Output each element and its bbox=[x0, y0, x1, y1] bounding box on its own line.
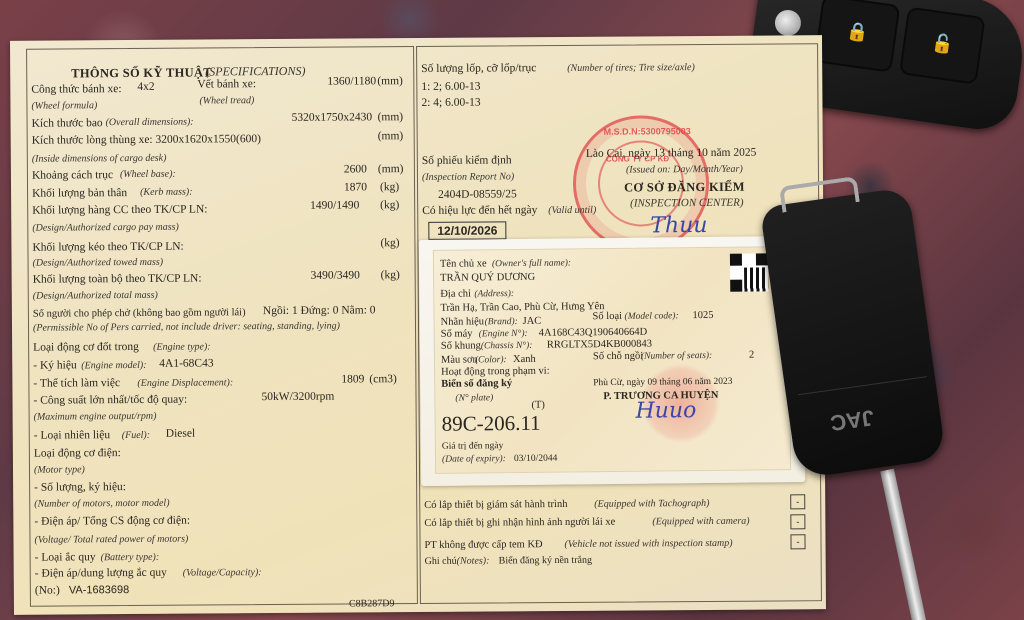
notes-label: Ghi chú bbox=[425, 555, 457, 568]
engine-type-en: (Engine type): bbox=[153, 340, 211, 353]
tachograph-label: Có lắp thiết bị giám sát hành trình bbox=[424, 498, 567, 512]
valid-label: Có hiệu lực đến hết ngày bbox=[422, 204, 537, 218]
color-en: (Color): bbox=[475, 354, 507, 366]
card-signature: Huuo bbox=[635, 398, 696, 424]
serial-code: C8B287D9 bbox=[349, 597, 395, 610]
plate-en: (N° plate) bbox=[455, 392, 493, 404]
valid-en: (Valid until) bbox=[548, 204, 596, 217]
displacement-value: 1809 bbox=[341, 373, 364, 386]
tachograph-checkbox: - bbox=[790, 494, 805, 509]
qr-code bbox=[730, 253, 768, 291]
tires-en: (Number of tires; Tire size/axle) bbox=[567, 61, 695, 75]
specifications-panel: THÔNG SỐ KỸ THUẬT (SPECIFICATIONS) Công … bbox=[26, 46, 418, 607]
owner-value: TRẦN QUÝ DƯƠNG bbox=[440, 272, 535, 285]
unit: (mm) bbox=[378, 163, 404, 176]
model-en: (Model code): bbox=[624, 310, 678, 323]
camera-label: Có lắp thiết bị ghi nhận hình ảnh người … bbox=[424, 516, 615, 530]
center-en: (INSPECTION CENTER) bbox=[630, 197, 743, 211]
wheel-base-en: (Wheel base): bbox=[120, 168, 176, 181]
doc-no-value: VA-1683698 bbox=[69, 584, 129, 597]
seats-value: 2 bbox=[749, 350, 754, 362]
engine-model-value: 4A1-68C43 bbox=[159, 357, 213, 370]
model-label: Số loại bbox=[592, 311, 622, 323]
motor-count-label: - Số lượng, ký hiệu: bbox=[34, 481, 126, 495]
tires-label: Số lượng lốp, cỡ lốp/trục bbox=[421, 62, 536, 76]
seats-en: (Number of seats): bbox=[641, 350, 712, 363]
key-release-button-icon bbox=[773, 8, 802, 37]
notes-value: Biển đăng ký nền trắng bbox=[499, 554, 592, 568]
stamp-issue-en: (Vehicle not issued with inspection stam… bbox=[564, 537, 732, 551]
brand-value: JAC bbox=[523, 316, 542, 328]
motor-type-label: Loại động cơ điện: bbox=[34, 447, 121, 461]
cargo-dim-en: (Inside dimensions of cargo desk) bbox=[32, 152, 167, 166]
overall-dim-label: Kích thước bao bbox=[32, 117, 103, 130]
plate-label: Biển số đăng ký bbox=[441, 378, 512, 391]
unit: (mm) bbox=[378, 111, 404, 124]
towed-mass-en: (Design/Authorized towed mass) bbox=[33, 256, 164, 270]
owner-en: (Owner's full name): bbox=[492, 257, 571, 270]
brand-label: Nhãn hiệu bbox=[441, 316, 485, 328]
displacement-en: (Engine Displacement): bbox=[137, 376, 233, 390]
cargo-mass-value: 1490/1490 bbox=[310, 199, 359, 212]
center-label: CƠ SỞ ĐĂNG KIỂM bbox=[624, 181, 745, 195]
kerb-mass-en: (Kerb mass): bbox=[140, 186, 193, 199]
power-value: 50kW/3200rpm bbox=[261, 391, 334, 405]
expiry-value: 03/10/2044 bbox=[514, 453, 557, 465]
fuel-en: (Fuel): bbox=[122, 429, 150, 442]
tachograph-en: (Equipped with Tachograph) bbox=[594, 497, 709, 511]
cargo-dim-label: Kích thước lòng thùng xe: 3200x1620x1550… bbox=[32, 133, 261, 148]
doc-no-label: (No:) bbox=[35, 585, 60, 598]
chassis-label: Số khung bbox=[441, 340, 481, 352]
chassis-value: RRGLTX5D4KB000843 bbox=[547, 339, 652, 352]
card-issued: Phù Cừ, ngày 09 tháng 06 năm 2023 bbox=[593, 376, 732, 389]
unit: (kg) bbox=[381, 269, 400, 282]
model-value: 1025 bbox=[692, 310, 713, 322]
color-value: Xanh bbox=[513, 354, 536, 366]
expiry-en: (Date of expiry): bbox=[442, 453, 506, 466]
engine-value: 4A168C43Q190640664D bbox=[539, 327, 648, 340]
expiry-label: Giá trị đến ngày bbox=[442, 440, 504, 453]
report-en: (Inspection Report No) bbox=[422, 170, 514, 184]
notes-en: (Notes): bbox=[457, 555, 490, 568]
stamp-issue-checkbox: - bbox=[790, 534, 805, 549]
total-mass-en: (Design/Authorized total mass) bbox=[33, 289, 158, 303]
jac-logo: JAC bbox=[829, 404, 876, 436]
plate-number: 89C-206.11 bbox=[442, 412, 541, 435]
cargo-mass-label: Khối lượng hàng CC theo TK/CP LN: bbox=[32, 203, 207, 217]
overall-dim-en: (Overall dimensions): bbox=[106, 116, 194, 130]
total-mass-label: Khối lượng toàn bộ theo TK/CP LN: bbox=[33, 273, 202, 287]
unit: (cm3) bbox=[369, 373, 397, 386]
tires-axle1: 1: 2; 6.00-13 bbox=[421, 81, 480, 94]
report-label: Số phiếu kiểm định bbox=[422, 154, 512, 168]
unit: (kg) bbox=[380, 181, 399, 194]
address-en: (Address): bbox=[474, 288, 514, 300]
camera-checkbox: - bbox=[790, 514, 805, 529]
owner-label: Tên chủ xe bbox=[440, 258, 487, 270]
stamp-issue-label: PT không được cấp tem KĐ bbox=[424, 538, 542, 552]
displacement-label: - Thể tích làm việc bbox=[33, 377, 120, 391]
unit: (mm) bbox=[377, 75, 403, 88]
kerb-mass-label: Khối lượng bản thân bbox=[32, 187, 127, 201]
total-mass-value: 3490/3490 bbox=[311, 269, 360, 282]
cargo-mass-en: (Design/Authorized cargo pay mass) bbox=[32, 221, 179, 235]
address-label: Địa chỉ bbox=[440, 288, 471, 300]
tires-axle2: 2: 4; 6.00-13 bbox=[421, 97, 480, 110]
kerb-mass-value: 1870 bbox=[344, 181, 367, 194]
persons-en: (Permissible No of Pers carried, not inc… bbox=[33, 320, 340, 335]
unit: (kg) bbox=[380, 237, 399, 250]
chassis-en: (Chassis N°): bbox=[481, 340, 533, 353]
vehicle-registration-card: Tên chủ xe (Owner's full name): TRẦN QUÝ… bbox=[419, 236, 806, 486]
key-blade bbox=[880, 469, 927, 620]
wheel-base-value: 2600 bbox=[344, 163, 367, 176]
unlock-button-icon: 🔓 bbox=[899, 7, 986, 85]
overall-dim-value: 5320x1750x2430 bbox=[292, 111, 373, 125]
wheel-formula-label: Công thức bánh xe: bbox=[31, 83, 121, 97]
unit: (kg) bbox=[380, 199, 399, 212]
wheel-base-label: Khoảng cách trục bbox=[32, 169, 113, 183]
motor-type-en: (Motor type) bbox=[34, 463, 85, 476]
power-label: - Công suất lớn nhất/tốc độ quay: bbox=[33, 394, 187, 408]
brand-en: (Brand): bbox=[485, 316, 518, 328]
inspector-signature: Thuu bbox=[650, 213, 707, 238]
wheel-formula-en: (Wheel formula) bbox=[31, 99, 97, 112]
color-label: Màu sơn bbox=[441, 354, 478, 366]
voltage-en: (Voltage/ Total rated power of motors) bbox=[34, 533, 188, 547]
wheel-tread-en: (Wheel tread) bbox=[199, 94, 254, 107]
battery-en: (Battery type): bbox=[101, 551, 160, 564]
camera-en: (Equipped with camera) bbox=[652, 515, 749, 529]
battery-cap-label: - Điện áp/dung lượng ắc quy bbox=[35, 567, 167, 581]
battery-label: - Loại ắc quy bbox=[35, 551, 96, 564]
persons-value: Ngồi: 1 Đứng: 0 Nằm: 0 bbox=[263, 304, 376, 318]
engine-model-en: (Engine model): bbox=[81, 359, 146, 372]
seats-label: Số chỗ ngồi bbox=[593, 351, 643, 364]
voltage-label: - Điện áp/ Tổng CS động cơ điện: bbox=[34, 515, 190, 529]
valid-until-value: 12/10/2026 bbox=[428, 221, 506, 240]
specs-title-en: (SPECIFICATIONS) bbox=[205, 65, 305, 79]
engine-label: Số máy bbox=[441, 328, 473, 340]
towed-mass-label: Khối lượng kéo theo TK/CP LN: bbox=[32, 241, 183, 255]
wheel-tread-label: Vết bánh xe: bbox=[197, 78, 256, 91]
motor-count-en: (Number of motors, motor model) bbox=[34, 497, 169, 511]
wheel-formula-value: 4x2 bbox=[137, 81, 154, 94]
power-en: (Maximum engine output/rpm) bbox=[34, 410, 157, 424]
lock-button-icon: 🔒 bbox=[814, 0, 901, 73]
engine-en: (Engine N°): bbox=[479, 328, 528, 341]
battery-cap-en: (Voltage/Capacity): bbox=[183, 566, 262, 580]
engine-model-label: - Ký hiệu bbox=[33, 359, 77, 372]
specs-title: THÔNG SỐ KỸ THUẬT bbox=[71, 66, 212, 80]
scope-label: Hoạt động trong phạm vi: bbox=[441, 366, 550, 379]
fuel-value: Diesel bbox=[166, 428, 195, 441]
persons-label: Số người cho phép chở (không bao gồm ngư… bbox=[33, 306, 246, 320]
unit: (mm) bbox=[378, 130, 404, 143]
address-value: Trần Hạ, Trần Cao, Phù Cừ, Hưng Yên bbox=[440, 301, 604, 315]
wheel-tread-value: 1360/1180 bbox=[327, 75, 376, 88]
issued-date: Lào Cai, ngày 13 tháng 10 năm 2025 bbox=[586, 147, 757, 161]
fuel-label: - Loại nhiên liệu bbox=[34, 429, 110, 443]
issued-en: (Issued on: Day/Month/Year) bbox=[626, 163, 743, 177]
report-value: 2404D-08559/25 bbox=[438, 188, 517, 202]
engine-type-label: Loại động cơ đốt trong bbox=[33, 341, 139, 355]
